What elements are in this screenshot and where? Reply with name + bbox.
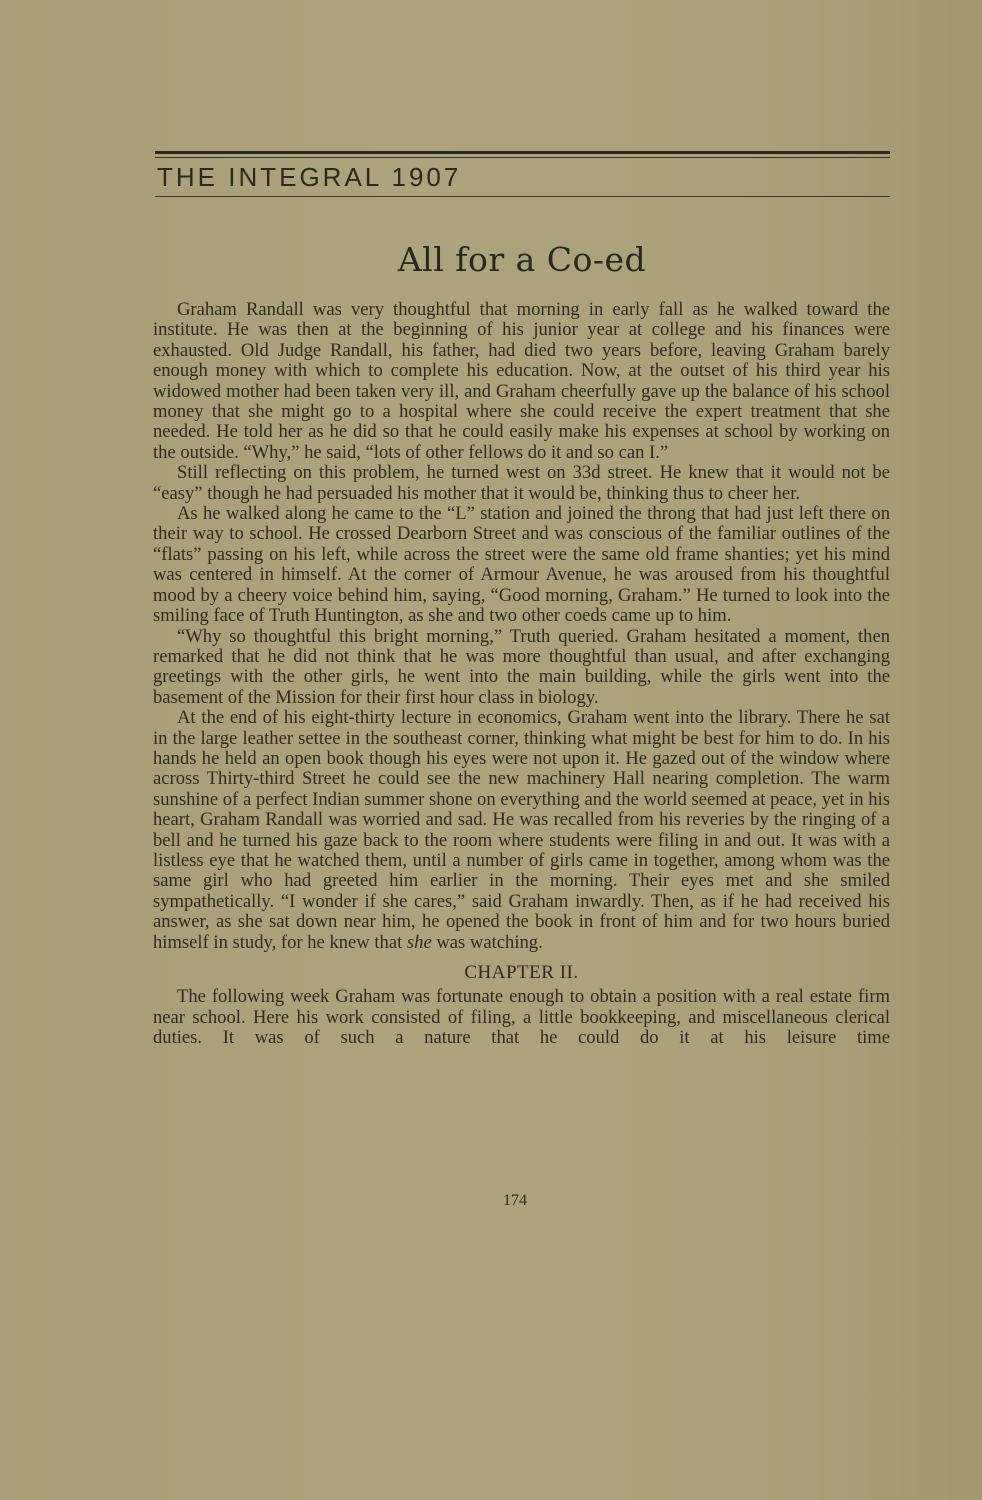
document-page: THE INTEGRAL 1907 All for a Co-ed Graham… <box>0 0 982 1500</box>
chapter-heading: CHAPTER II. <box>153 963 890 983</box>
running-head: THE INTEGRAL 1907 <box>157 160 461 194</box>
paragraph: Still reflecting on this problem, he tur… <box>153 463 890 504</box>
paragraph: As he walked along he came to the “L” st… <box>153 504 890 626</box>
article-title: All for a Co-ed <box>0 240 982 279</box>
header-rule-thick <box>155 151 890 154</box>
paragraph: The following week Graham was fortunate … <box>153 987 890 1048</box>
header-rule-thin <box>155 157 890 158</box>
page-number: 174 <box>0 1192 982 1210</box>
paragraph-text: At the end of his eight-thirty lecture i… <box>153 707 890 952</box>
header-rule-bottom <box>155 196 890 197</box>
paragraph: “Why so thoughtful this bright morning,”… <box>153 627 890 709</box>
article-body: Graham Randall was very thoughtful that … <box>153 300 890 1049</box>
paragraph: Graham Randall was very thoughtful that … <box>153 300 890 463</box>
paragraph: At the end of his eight-thirty lecture i… <box>153 708 890 953</box>
paragraph-text-end: was watching. <box>432 932 543 953</box>
emphasis-text: she <box>407 932 432 953</box>
